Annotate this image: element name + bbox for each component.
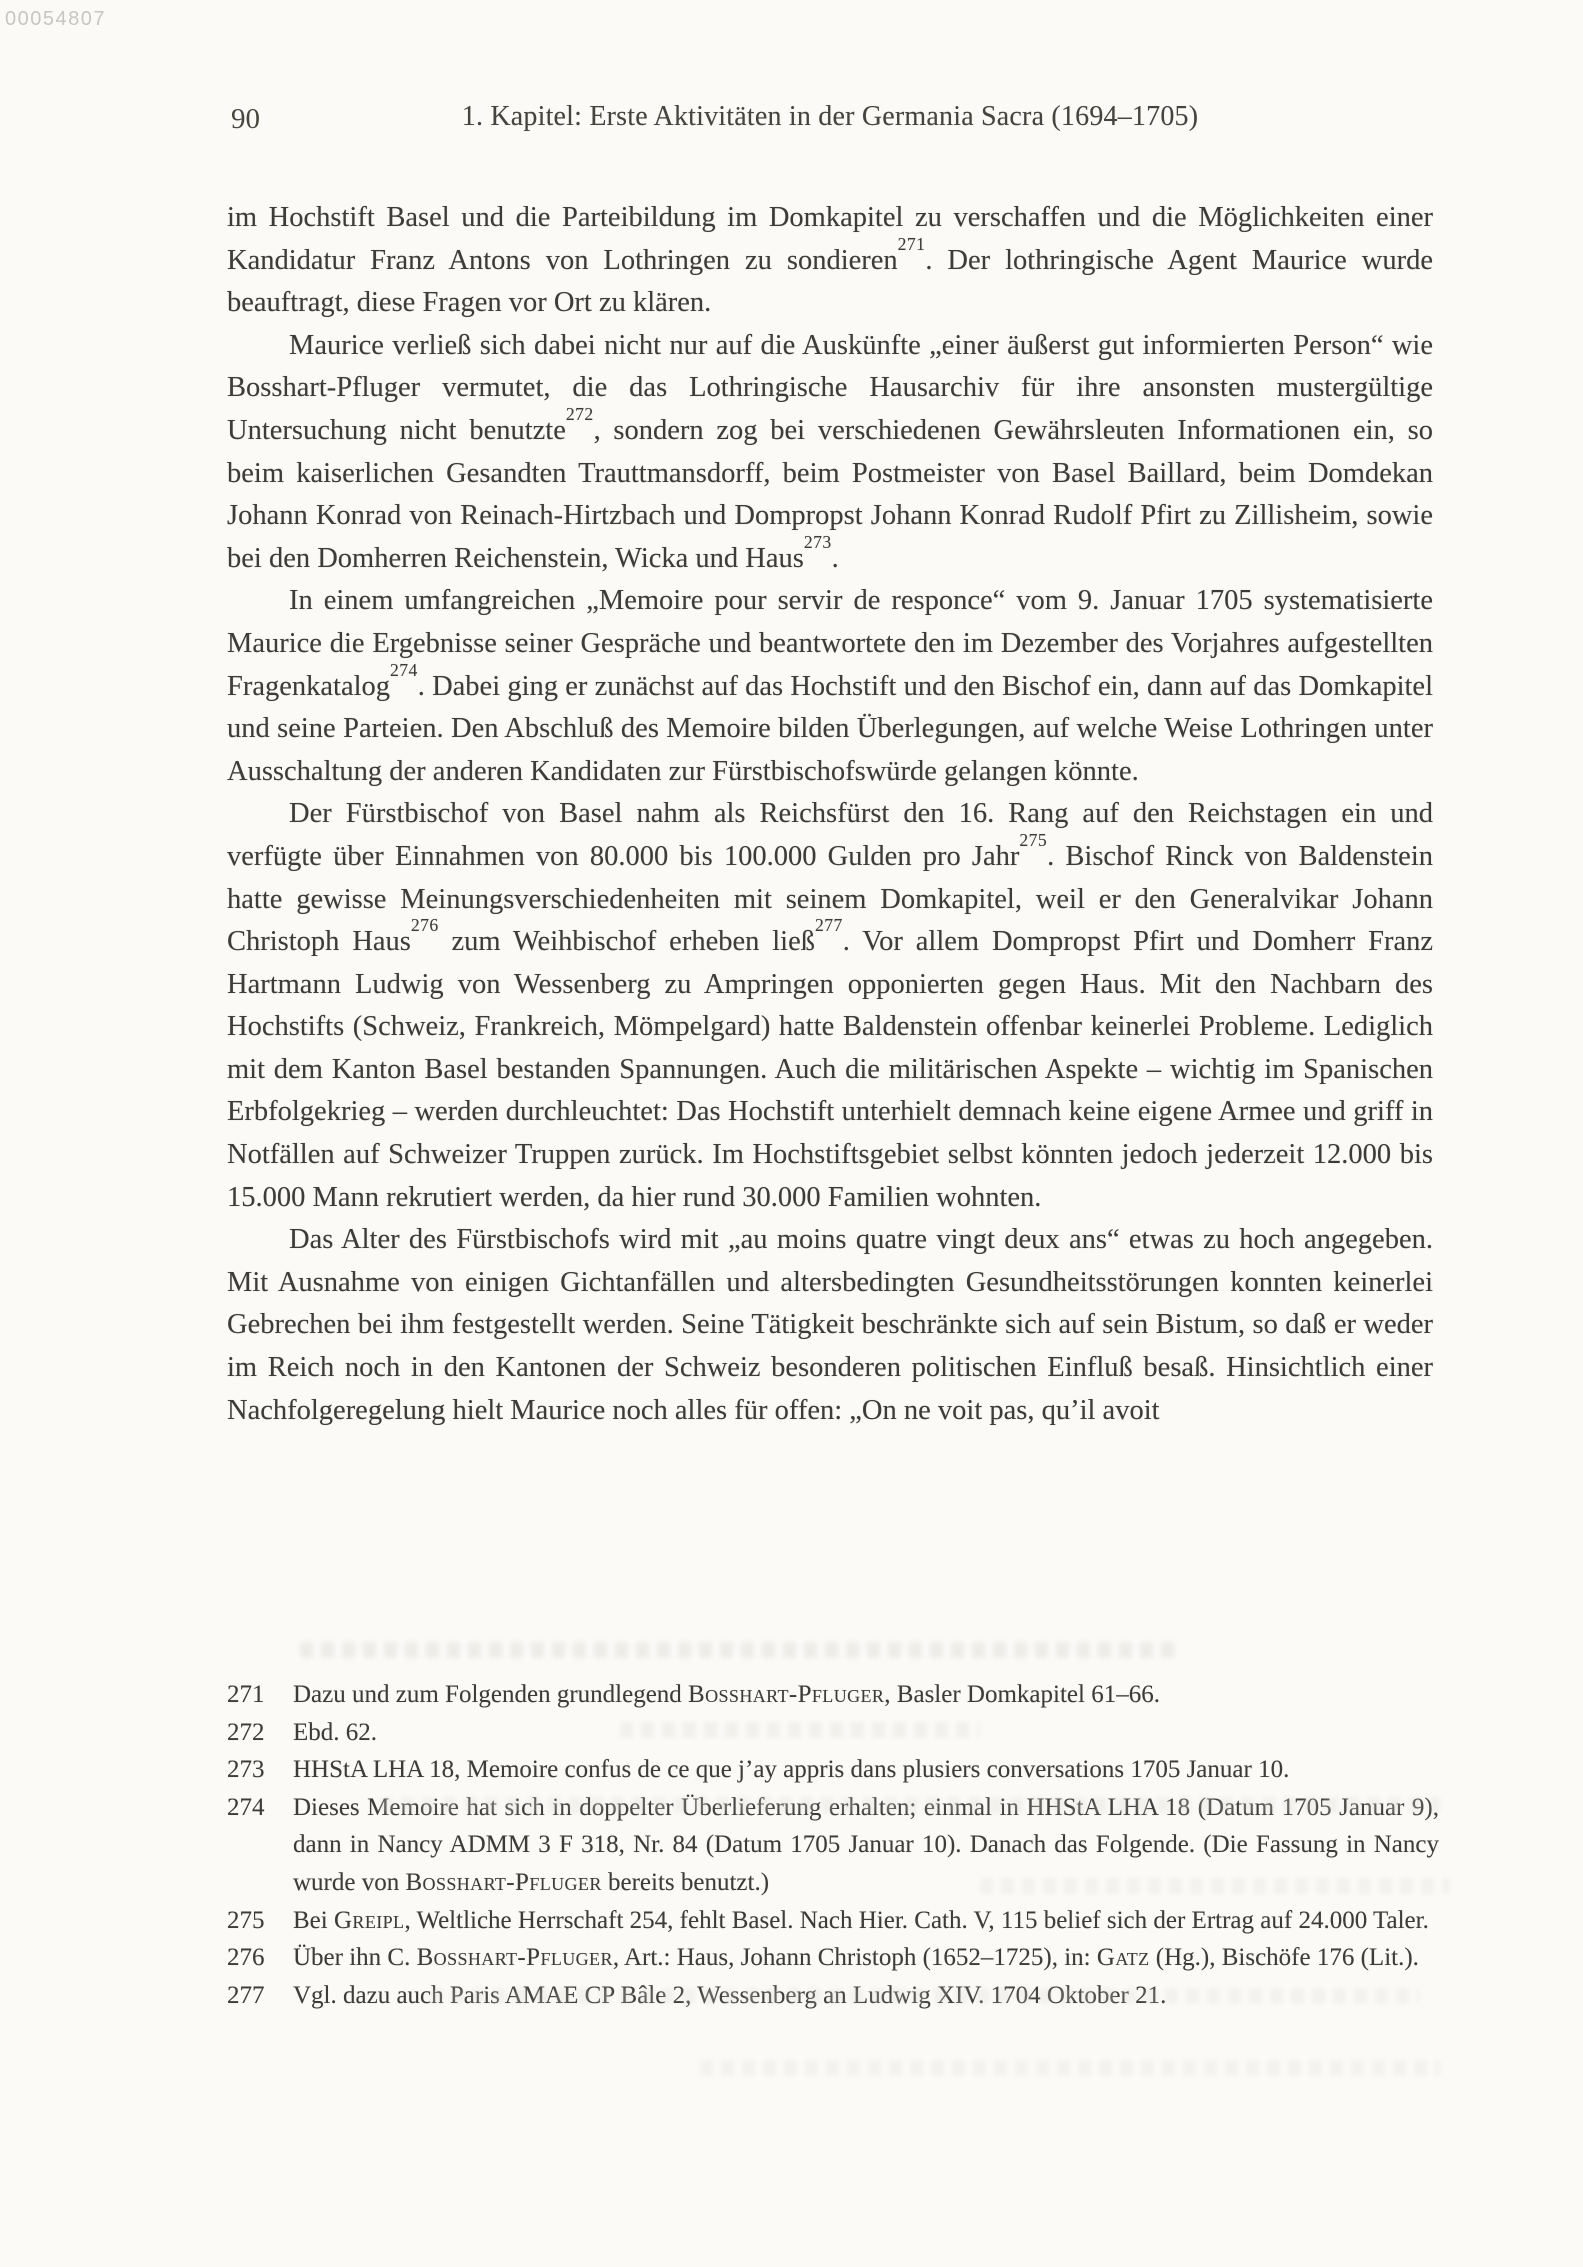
footnote-273: 273HHStA LHA 18, Memoire confus de ce qu… [227, 1751, 1439, 1789]
footnote-277: 277Vgl. dazu auch Paris AMAE CP Bâle 2, … [227, 1977, 1439, 2015]
small-caps-name: Bosshart-Pfluger [688, 1681, 884, 1708]
body-paragraph: im Hochstift Basel und die Parteibildung… [227, 197, 1433, 325]
footnote-number: 276 [227, 1939, 293, 1977]
footnote-number: 277 [227, 1977, 293, 2015]
footnote-text: HHStA LHA 18, Memoire confus de ce que j… [293, 1751, 1439, 1789]
page-number: 90 [231, 103, 260, 136]
footnote-number: 271 [227, 1676, 293, 1714]
footnote-number: 272 [227, 1714, 293, 1752]
chapter-title: 1. Kapitel: Erste Aktivitäten in der Ger… [227, 101, 1433, 133]
footnote-ref-272: 272 [566, 404, 594, 424]
bleedthrough-artifact [300, 1642, 1180, 1658]
small-caps-name: Bosshart-Pfluger [405, 1869, 601, 1896]
footnotes-section: 271Dazu und zum Folgenden grundlegend Bo… [227, 1676, 1439, 2014]
footnote-272: 272Ebd. 62. [227, 1714, 1439, 1752]
footnote-text: Dieses Memoire hat sich in doppelter Übe… [293, 1789, 1439, 1902]
footnote-ref-273: 273 [804, 532, 832, 552]
small-caps-name: Greipl [334, 1907, 404, 1934]
footnote-text: Ebd. 62. [293, 1714, 1439, 1752]
body-paragraph: Maurice verließ sich dabei nicht nur auf… [227, 325, 1433, 581]
bleedthrough-artifact [700, 2060, 1440, 2076]
footnote-number: 273 [227, 1751, 293, 1789]
footnote-text: Vgl. dazu auch Paris AMAE CP Bâle 2, Wes… [293, 1977, 1439, 2015]
body-text: im Hochstift Basel und die Parteibildung… [227, 197, 1433, 1432]
body-paragraph: In einem umfangreichen „Memoire pour ser… [227, 580, 1433, 793]
footnote-number: 275 [227, 1902, 293, 1940]
footnote-275: 275Bei Greipl, Weltliche Herrschaft 254,… [227, 1902, 1439, 1940]
footnote-ref-271: 271 [898, 234, 926, 254]
footnote-ref-274: 274 [390, 660, 418, 680]
footnote-text: Dazu und zum Folgenden grundlegend Bossh… [293, 1676, 1439, 1714]
footnote-274: 274Dieses Memoire hat sich in doppelter … [227, 1789, 1439, 1902]
running-head: 90 1. Kapitel: Erste Aktivitäten in der … [227, 101, 1433, 141]
footnote-text: Bei Greipl, Weltliche Herrschaft 254, fe… [293, 1902, 1439, 1940]
body-paragraph: Das Alter des Fürstbischofs wird mit „au… [227, 1219, 1433, 1432]
body-paragraph: Der Fürstbischof von Basel nahm als Reic… [227, 793, 1433, 1219]
footnote-ref-275: 275 [1019, 830, 1047, 850]
footnote-ref-277: 277 [815, 915, 843, 935]
footnote-276: 276Über ihn C. Bosshart-Pfluger, Art.: H… [227, 1939, 1439, 1977]
footnote-271: 271Dazu und zum Folgenden grundlegend Bo… [227, 1676, 1439, 1714]
small-caps-name: Bosshart-Pfluger [417, 1944, 613, 1971]
footnote-ref-276: 276 [411, 915, 439, 935]
small-caps-name: Gatz [1097, 1944, 1150, 1971]
scan-id-label: 00054807 [5, 8, 106, 31]
footnote-text: Über ihn C. Bosshart-Pfluger, Art.: Haus… [293, 1939, 1439, 1977]
footnote-number: 274 [227, 1789, 293, 1902]
book-page-scan: 00054807 90 1. Kapitel: Erste Aktivitäte… [0, 0, 1583, 2267]
